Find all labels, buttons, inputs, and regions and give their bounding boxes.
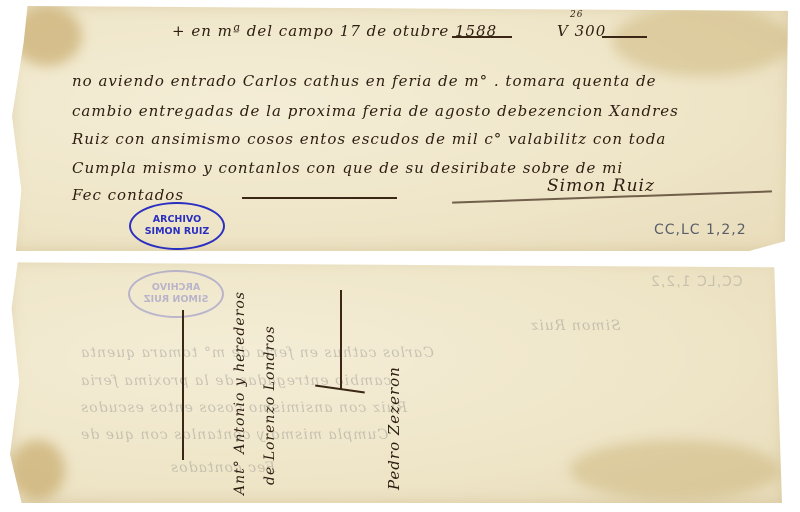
body-line-2: cambio entregadas de la proxima feria de… [72,102,679,120]
archive-stamp-bleed-through: ARCHIVO SIMON RUIZ [128,270,224,318]
body-line-3: Ruiz con ansimismo cosos entos escudos d… [72,130,666,148]
endorsement-stroke [340,290,342,390]
archive-stamp-line1: ARCHIVO [130,282,222,294]
archive-stamp-line1: ARCHIVO [131,214,223,226]
body-line-5: Fec contados [72,186,184,204]
archive-stamp-line2: SIMON RUIZ [131,226,223,238]
body-line-4: Cumpla mismo y contanlos con que de su d… [72,159,623,177]
endorsement-1: Ant° Antonio y herederos [232,291,248,495]
water-stain [10,440,65,500]
endorsement-stroke [182,310,184,460]
water-stain [570,440,780,500]
document-front-sheet: + en mª del campo 17 de otubre 1588 V 30… [12,6,788,251]
catalog-reference-bleed-through: CC,LC 1,2,2 [650,274,743,290]
body-line-1: no aviendo entrado Carlos cathus en feri… [72,72,657,90]
catalog-reference: CC,LC 1,2,2 [654,222,747,238]
endorsement-3: Pedro Zezeron [385,366,403,490]
bleed-through-line: Fec contados [170,460,275,476]
bill-amount: V 300 [557,22,606,40]
flourish-line [602,36,647,38]
signature: Simon Ruiz [547,176,655,196]
bleed-through-line: Carlos cathus en feria de m° tomara quen… [80,345,434,361]
document-header: + en mª del campo 17 de otubre 1588 [172,22,497,40]
closing-line [242,197,397,199]
flourish-line [452,36,512,38]
document-back-sheet: ARCHIVO SIMON RUIZ CC,LC 1,2,2 Simon Rui… [10,260,782,503]
bleed-through-signature: Simon Ruiz [530,318,621,334]
water-stain [612,6,788,76]
endorsement-2: de Lorenzo Londros [262,325,278,485]
water-stain [12,6,82,66]
bill-amount-superscript: 26 [570,10,583,20]
archive-stamp: ARCHIVO SIMON RUIZ [129,202,225,250]
archive-stamp-line2: SIMON RUIZ [130,294,222,306]
